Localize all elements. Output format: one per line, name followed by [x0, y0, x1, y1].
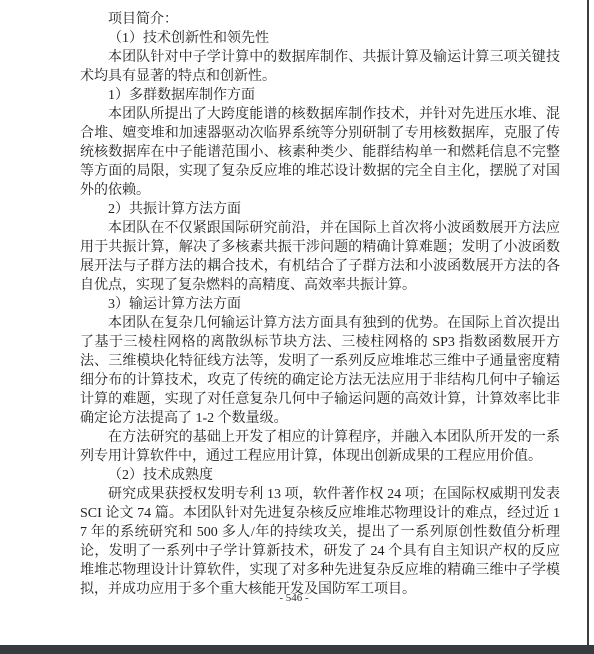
viewer-bottom-bar	[0, 645, 594, 654]
section-heading: （1）技术创新性和领先性	[80, 29, 560, 48]
paragraph: 本团队针对中子学计算中的数据库制作、共振计算及输运计算三项关键技术均具有显著的特…	[80, 48, 560, 86]
paragraph: 本团队在复杂几何输运计算方法方面具有独到的优势。在国际上首次提出了基于三棱柱网格…	[80, 314, 560, 428]
paragraph: 在方法研究的基础上开发了相应的计算程序，并融入本团队所开发的一系列专用计算软件中…	[80, 428, 560, 466]
section-heading: 2）共振计算方法方面	[80, 200, 560, 219]
page-background: 项目简介： （1）技术创新性和领先性 本团队针对中子学计算中的数据库制作、共振计…	[0, 0, 594, 654]
section-heading: 1）多群数据库制作方面	[80, 86, 560, 105]
section-heading: （2）技术成熟度	[80, 466, 560, 485]
page-edge-line	[587, 0, 589, 654]
section-heading: 项目简介：	[80, 10, 560, 29]
paragraph: 本团队在不仅紧跟国际研究前沿，并在国际上首次将小波函数展开方法应用于共振计算，解…	[80, 219, 560, 295]
section-heading: 3）输运计算方法方面	[80, 295, 560, 314]
paragraph: 研究成果获授权发明专利 13 项，软件著作权 24 项；在国际权威期刊发表 SC…	[80, 485, 560, 599]
paragraph: 本团队所提出了大跨度能谱的核数据库制作技术，并针对先进压水堆、混合堆、嬗变堆和加…	[80, 105, 560, 200]
document-page: { "document": { "language": "zh-CN", "pa…	[0, 0, 594, 654]
document-body-text: 项目简介： （1）技术创新性和领先性 本团队针对中子学计算中的数据库制作、共振计…	[80, 10, 560, 599]
page-number: - 546 -	[0, 591, 588, 605]
